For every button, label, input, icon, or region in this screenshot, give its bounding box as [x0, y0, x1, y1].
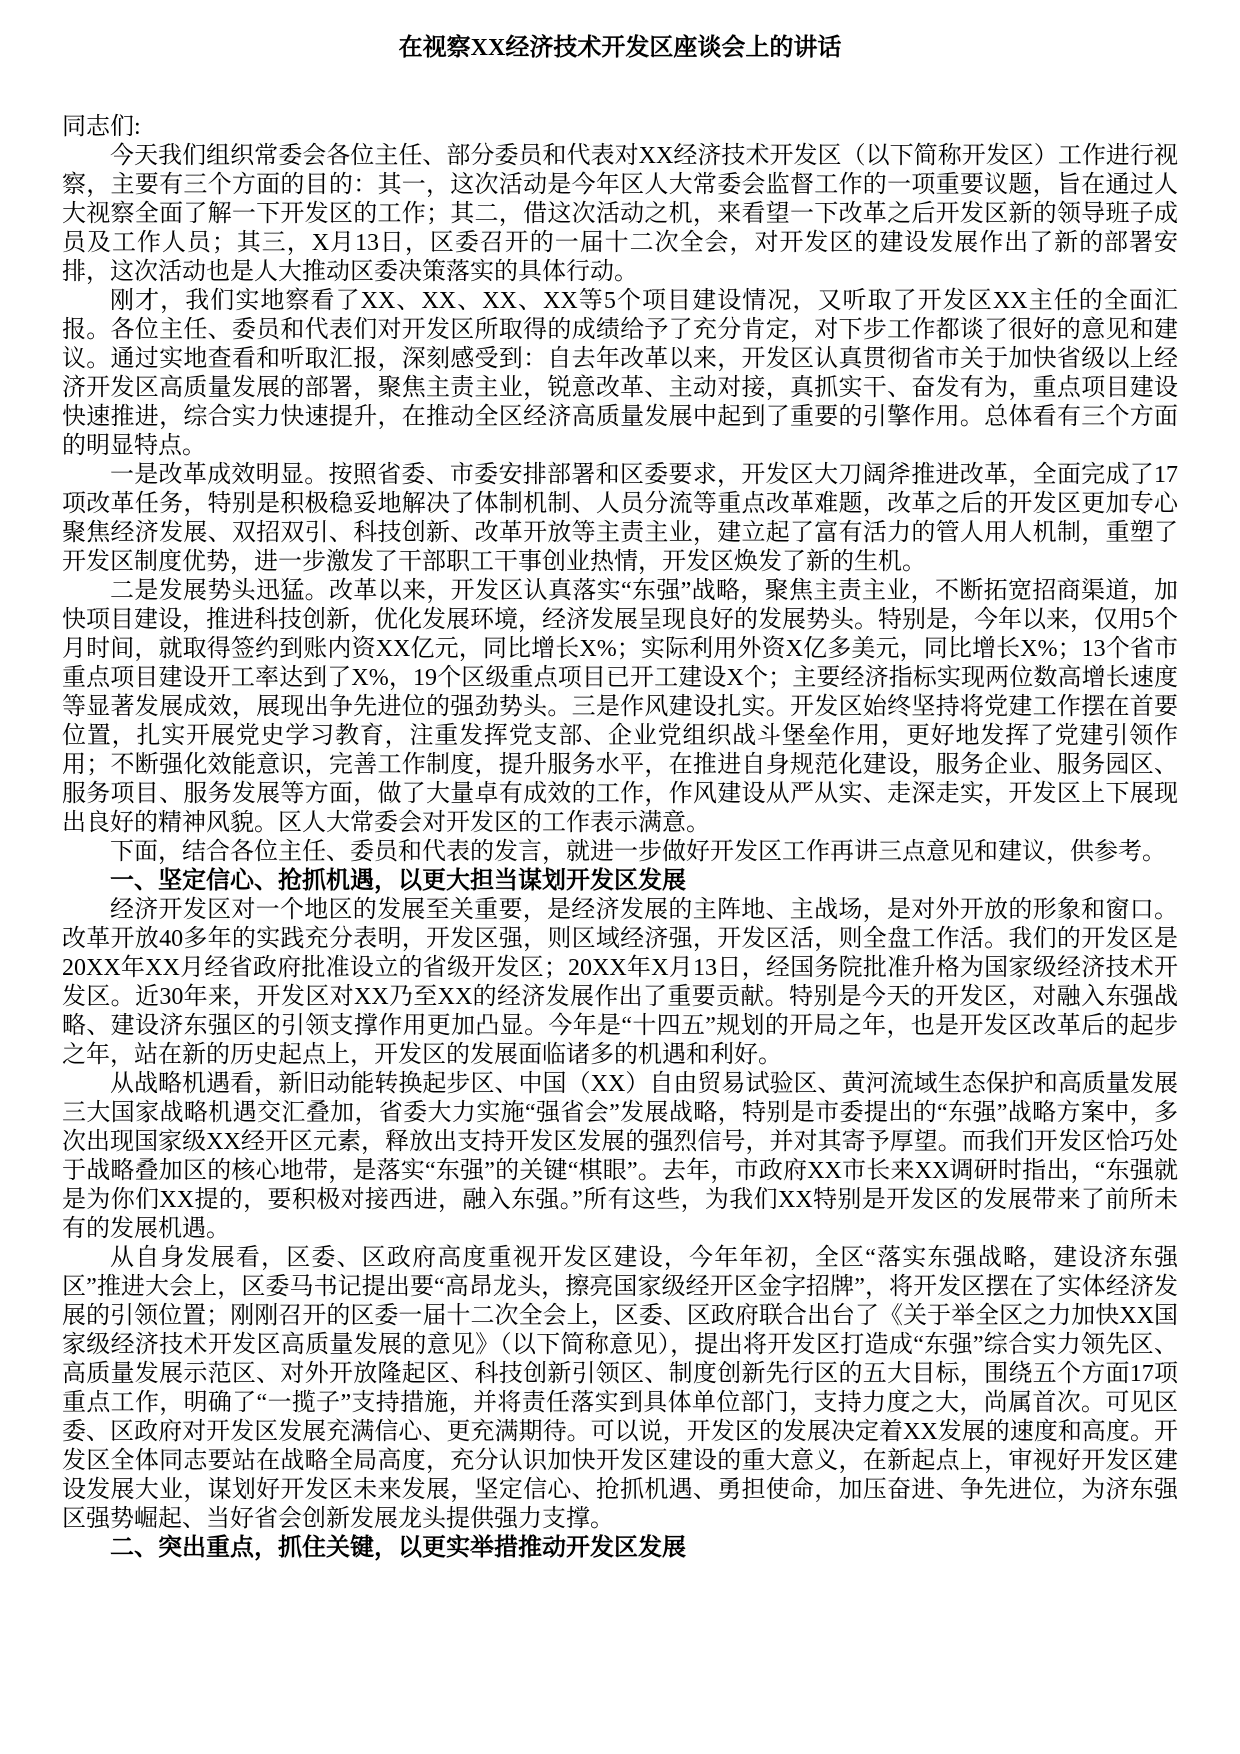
paragraph-point-reform: 一是改革成效明显。按照省委、市委安排部署和区委要求，开发区大刀阔斧推进改革，全面…: [62, 461, 1178, 577]
section-heading-1: 一、坚定信心、抢抓机遇，以更大担当谋划开发区发展: [62, 867, 1178, 896]
salutation: 同志们:: [62, 113, 1178, 142]
paragraph-importance: 经济开发区对一个地区的发展至关重要，是经济发展的主阵地、主战场，是对外开放的形象…: [62, 896, 1178, 1070]
paragraph-self-development: 从自身发展看，区委、区政府高度重视开发区建设，今年年初，全区“落实东强战略，建设…: [62, 1244, 1178, 1534]
paragraph-strategic-opportunity: 从战略机遇看，新旧动能转换起步区、中国（XX）自由贸易试验区、黄河流域生态保护和…: [62, 1070, 1178, 1244]
paragraph-purpose: 今天我们组织常委会各位主任、部分委员和代表对XX经济技术开发区（以下简称开发区）…: [62, 142, 1178, 287]
document-title: 在视察XX经济技术开发区座谈会上的讲话: [62, 34, 1178, 63]
paragraph-point-development: 二是发展势头迅猛。改革以来，开发区认真落实“东强”战略，聚焦主责主业，不断拓宽招…: [62, 577, 1178, 838]
paragraph-transition: 下面，结合各位主任、委员和代表的发言，就进一步做好开发区工作再讲三点意见和建议，…: [62, 838, 1178, 867]
paragraph-inspection-summary: 刚才，我们实地察看了XX、XX、XX、XX等5个项目建设情况，又听取了开发区XX…: [62, 287, 1178, 461]
section-heading-2: 二、突出重点，抓住关键，以更实举措推动开发区发展: [62, 1534, 1178, 1563]
document-page: 在视察XX经济技术开发区座谈会上的讲话 同志们: 今天我们组织常委会各位主任、部…: [0, 0, 1240, 1754]
